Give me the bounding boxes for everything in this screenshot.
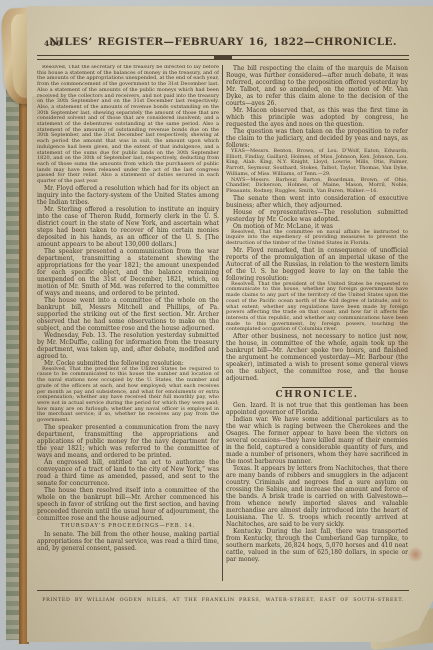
column-right: The bill respecting the claim of the mar… <box>226 65 408 581</box>
paragraph: The speaker presented a communication fr… <box>37 248 219 297</box>
foxing-stain <box>408 546 423 563</box>
paragraph: The house went into a committee of the w… <box>37 297 219 332</box>
resolution-fine-print: Resolved, That the secretary of the trea… <box>37 65 219 185</box>
paragraph: The speaker presented a communication fr… <box>37 424 219 459</box>
page-content: 400 NILES’ REGISTER—FEBRUARY 16, 1822—CH… <box>37 6 409 581</box>
header-rule-tick <box>214 56 232 59</box>
paragraph: Mr. Macon observed that, as this was the… <box>226 107 408 128</box>
page-footer: PRINTED BY WILLIAM OGDEN NILES, AT THE F… <box>37 590 409 603</box>
book-photo: 400 NILES’ REGISTER—FEBRUARY 16, 1822—CH… <box>0 0 433 650</box>
paragraph: In senate. The bill from the other house… <box>37 531 219 552</box>
paragraph: Mr. Floyd remarked, that in consequence … <box>226 247 408 282</box>
column-divider <box>222 65 223 581</box>
page-number: 400 <box>44 39 63 48</box>
paragraph: The bill respecting the claim of the mar… <box>226 65 408 107</box>
paragraph: The question was then taken on the propo… <box>226 128 408 149</box>
resolution-fine-print: Resolved, That the president of the Unit… <box>226 282 408 333</box>
paragraph: Wednesday, Feb. 13. The resolution yeste… <box>37 332 219 360</box>
paragraph: Texas. It appears by letters from Nachit… <box>226 465 408 528</box>
dateline-heading: THURSDAY’S PROCEEDINGS—FEB. 14. <box>37 523 219 530</box>
paragraph: An engrossed bill, entitled “an act to a… <box>37 459 219 487</box>
newspaper-page: 400 NILES’ REGISTER—FEBRUARY 16, 1822—CH… <box>27 6 433 642</box>
page-header: 400 NILES’ REGISTER—FEBRUARY 16, 1822—CH… <box>37 36 409 51</box>
paragraph: The house then resolved itself into a co… <box>37 487 219 522</box>
paragraph: After other business, not necessary to n… <box>226 333 408 382</box>
paragraph: Mr. Floyd offered a resolution which had… <box>37 185 219 206</box>
paragraph: Gen. Izard. It is not true that this gen… <box>226 402 408 416</box>
footer-imprint: PRINTED BY WILLIAM OGDEN NILES, AT THE F… <box>37 598 409 603</box>
yeas-list-fine-print: YEAS—Messrs. Benton, Brown, of Lou. D’Wo… <box>226 149 408 178</box>
nays-list-fine-print: NAYS—Messrs. Barbour, Barton, Boardman, … <box>226 178 408 195</box>
resolution-fine-print: Resolved, That the committee on naval af… <box>226 230 408 247</box>
paragraph: Kentucky. During the last fall, there wa… <box>226 528 408 563</box>
paragraph: Mr. Sterling offered a resolution to ins… <box>37 206 219 248</box>
text-columns: Resolved, That the secretary of the trea… <box>37 65 409 581</box>
column-left: Resolved, That the secretary of the trea… <box>37 65 219 581</box>
chronicle-section-heading: CHRONICLE. <box>226 387 408 399</box>
paragraph: House of representatives—The resolution … <box>226 209 408 223</box>
paragraph: The senate then went into consideration … <box>226 195 408 209</box>
paragraph: Indian war. We have some additional part… <box>226 416 408 465</box>
masthead-title: NILES’ REGISTER—FEBRUARY 16, 1822—CHRONI… <box>37 36 409 48</box>
footer-rule <box>37 590 409 591</box>
header-rule <box>37 55 409 60</box>
resolution-fine-print: Resolved, That the president of the Unit… <box>37 367 219 424</box>
